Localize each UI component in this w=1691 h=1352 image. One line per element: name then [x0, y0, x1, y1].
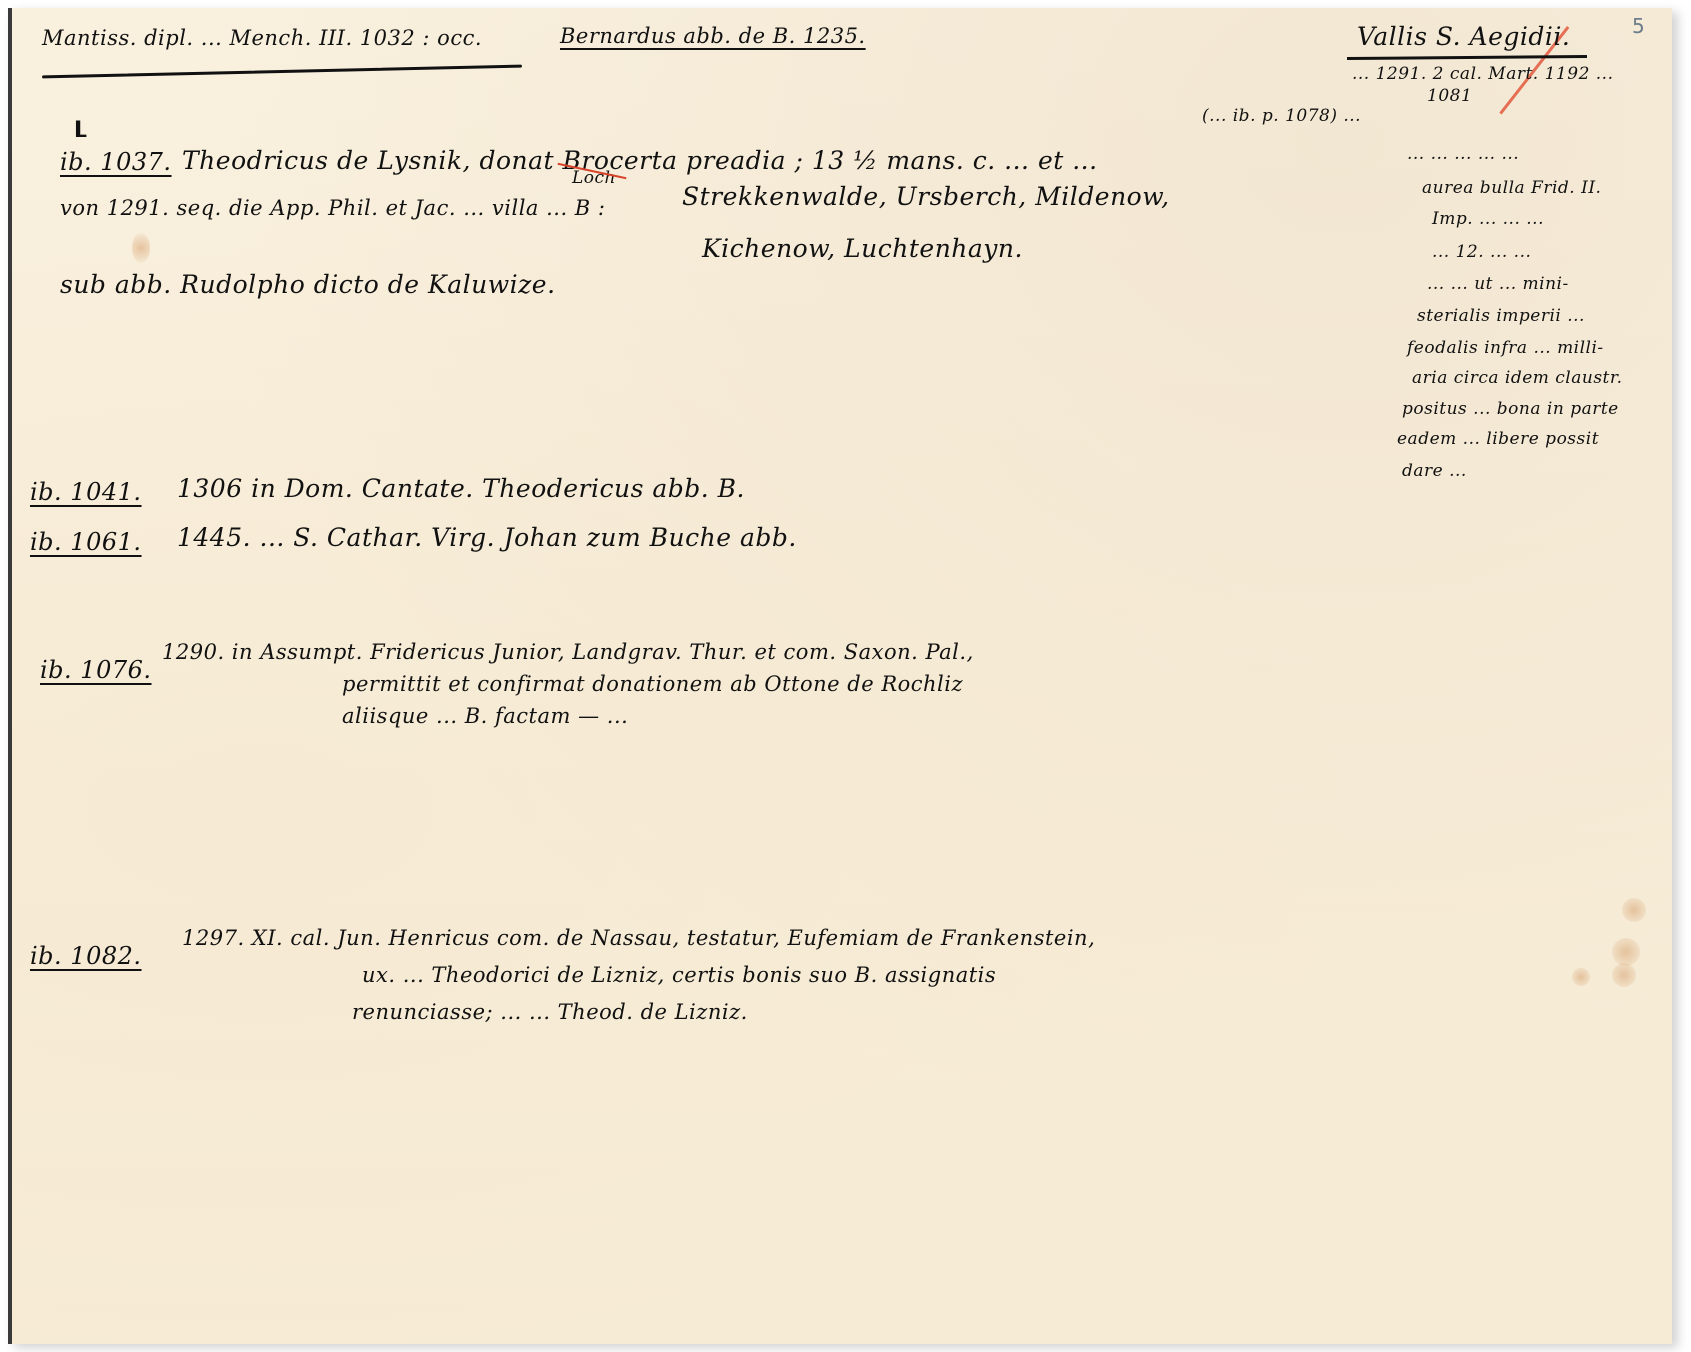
- margin-column-line-12: dare ...: [1402, 463, 1467, 480]
- paper-stain: [1622, 898, 1646, 922]
- header-right-citation: Bernardus abb. de B. 1235.: [560, 24, 866, 48]
- entry-1037-line-1: Theodricus de Lysnik, donat Brocerta pre…: [182, 146, 1098, 175]
- margin-column-line-6: ... ... ut ... mini-: [1427, 276, 1569, 293]
- entry-1082-line-2: ux. ... Theodorici de Lizniz, certis bon…: [362, 963, 996, 987]
- paper-stain: [1572, 968, 1590, 986]
- entry-ref-1061: ib. 1061.: [30, 528, 142, 556]
- margin-column-line-10: positus ... bona in parte: [1402, 401, 1619, 418]
- margin-note-date: ... 1291. 2 cal. Mart. 1192 ...: [1352, 64, 1614, 84]
- entry-1037-line-3: sub abb. Rudolpho dicto de Kaluwize.: [60, 270, 556, 299]
- margin-column-line-2: ... ... ... ... ...: [1407, 146, 1519, 163]
- margin-column-line-3: aurea bulla Frid. II.: [1422, 180, 1601, 197]
- pencil-page-mark: 5: [1632, 14, 1645, 38]
- entry-1076-line-3: aliisque ... B. factam — ...: [342, 704, 628, 728]
- entry-1076-line-2: permittit et confirmat donationem ab Ott…: [342, 672, 963, 696]
- entry-ref-1041: ib. 1041.: [30, 478, 142, 506]
- title-underline: [1347, 55, 1587, 60]
- entry-1037-places-1: Strekkenwalde, Ursberch, Mildenow,: [682, 182, 1170, 211]
- paper-stain: [1612, 938, 1640, 966]
- entry-1082-line-3: renunciasse; ... ... Theod. de Lizniz.: [352, 1000, 748, 1024]
- margin-column-line-5: ... 12. ... ...: [1432, 244, 1531, 261]
- header-underline: [42, 65, 522, 79]
- left-brace-mark: ⸤: [72, 88, 90, 142]
- entry-ref-1037: ib. 1037.: [60, 148, 172, 176]
- entry-1037-places-2: Kichenow, Luchtenhayn.: [702, 234, 1023, 263]
- margin-column-line-8: feodalis infra ... milli-: [1407, 340, 1604, 357]
- margin-column-line-11: eadem ... libere possit: [1397, 431, 1599, 448]
- entry-1076-line-1: 1290. in Assumpt. Fridericus Junior, Lan…: [162, 640, 974, 664]
- entry-1061-line-1: 1445. ... S. Cathar. Virg. Johan zum Buc…: [177, 523, 797, 552]
- margin-note-number: 1081: [1427, 86, 1472, 106]
- entry-ref-1082: ib. 1082.: [30, 942, 142, 970]
- margin-column-line-4: Imp. ... ... ...: [1432, 211, 1544, 228]
- entry-1041-line-1: 1306 in Dom. Cantate. Theodericus abb. B…: [177, 474, 745, 503]
- entry-ref-1076: ib. 1076.: [40, 656, 152, 684]
- margin-column-line-7: sterialis imperii ...: [1417, 308, 1585, 325]
- entry-1037-line-2: von 1291. seq. die App. Phil. et Jac. ..…: [60, 196, 606, 220]
- monastery-title: Vallis S. Aegidii.: [1357, 22, 1570, 51]
- entry-1082-line-1: 1297. XI. cal. Jun. Henricus com. de Nas…: [182, 926, 1095, 950]
- header-left-citation: Mantiss. dipl. ... Mench. III. 1032 : oc…: [42, 26, 482, 50]
- margin-column-line-9: aria circa idem claustr.: [1412, 370, 1623, 387]
- manuscript-sheet: 5 Mantiss. dipl. ... Mench. III. 1032 : …: [8, 8, 1672, 1344]
- margin-column-line-1: (... ib. p. 1078) ...: [1202, 106, 1361, 126]
- paper-stain: [132, 233, 150, 263]
- paper-stain: [1612, 963, 1636, 987]
